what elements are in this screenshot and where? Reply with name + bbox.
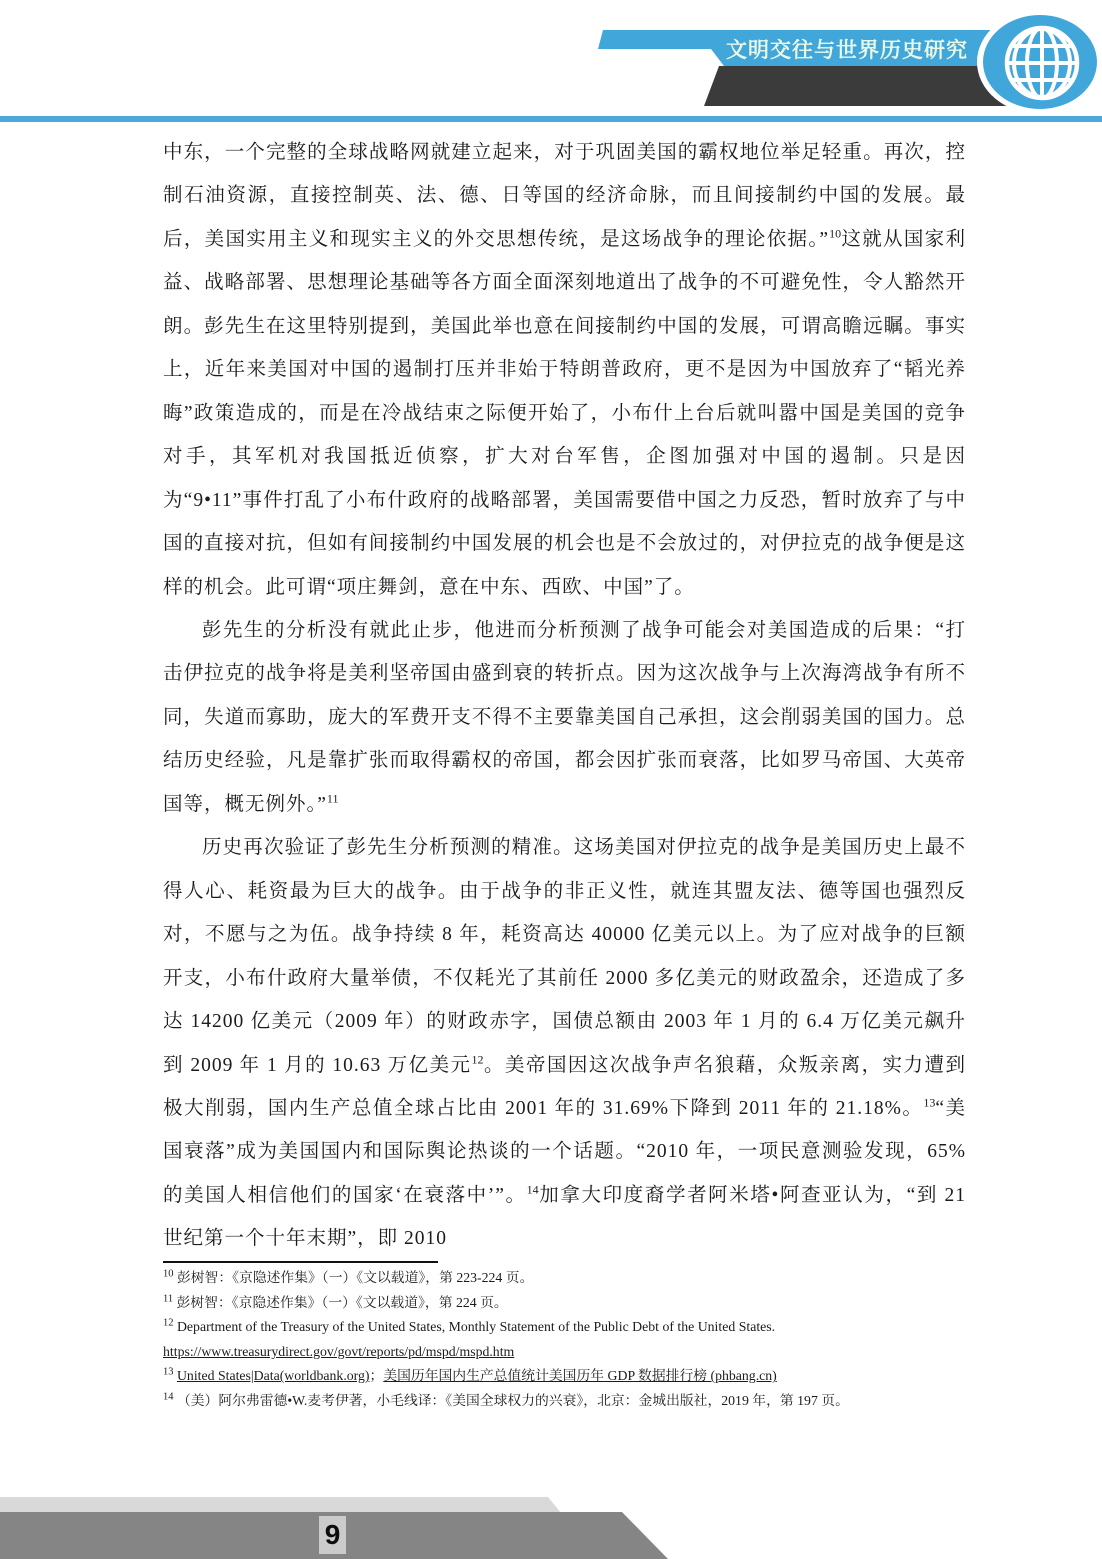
footnote-marker: 13 (163, 1367, 174, 1378)
footnote-link[interactable]: United States|Data(worldbank.org) (177, 1368, 370, 1383)
text-run: 彭树智：《京隐述作集》（一）《文以载道》，第 223-224 页。 (177, 1270, 533, 1285)
text-run: Department of the Treasury of the United… (177, 1319, 775, 1334)
footnote-item: 10 彭树智：《京隐述作集》（一）《文以载道》，第 223-224 页。 (163, 1266, 975, 1291)
header-title: 文明交往与世界历史研究 (560, 38, 968, 64)
footnote-link[interactable]: 美国历年国内生产总值统计美国历年 GDP 数据排行榜 (phbang.cn) (383, 1368, 776, 1383)
footer-light-band (0, 1497, 562, 1514)
header-rule (0, 116, 1102, 122)
footnote-ref: 13 (923, 1095, 935, 1109)
footnote-item: 14 （美）阿尔弗雷德•W.麦考伊著，小毛线译：《美国全球权力的兴衰》，北京：金… (163, 1389, 975, 1414)
footnote-marker: 14 (163, 1391, 174, 1402)
footnote-separator (163, 1261, 438, 1263)
text-run: ； (370, 1368, 384, 1383)
footnote-marker: 10 (163, 1268, 174, 1279)
header-banner (0, 0, 1102, 130)
footnote-ref: 12 (472, 1052, 484, 1066)
footnote-item: 11 彭树智：《京隐述作集》（一）《文以载道》，第 224 页。 (163, 1291, 975, 1316)
body-text: 中东，一个完整的全球战略网就建立起来，对于巩固美国的霸权地位举足轻重。再次，控制… (163, 131, 966, 1261)
text-run: 这就从国家利益、战略部署、思想理论基础等各方面全面深刻地道出了战争的不可避免性，… (163, 229, 966, 598)
footnote-ref: 10 (829, 226, 841, 240)
paragraph: 彭先生的分析没有就此止步，他进而分析预测了战争可能会对美国造成的后果：“打击伊拉… (163, 609, 966, 826)
text-run: （美）阿尔弗雷德•W.麦考伊著，小毛线译：《美国全球权力的兴衰》，北京：金城出版… (177, 1393, 849, 1408)
page-footer (0, 1497, 1102, 1559)
globe-icon (977, 10, 1102, 114)
text-run: 彭先生的分析没有就此止步，他进而分析预测了战争可能会对美国造成的后果：“打击伊拉… (163, 620, 966, 815)
page-number-chip: 9 (319, 1516, 346, 1554)
footnote-marker: 11 (163, 1293, 173, 1304)
page-number: 9 (325, 1521, 341, 1549)
text-run: 彭树智：《京隐述作集》（一）《文以载道》，第 224 页。 (177, 1295, 508, 1310)
paragraph: 中东，一个完整的全球战略网就建立起来，对于巩固美国的霸权地位举足轻重。再次，控制… (163, 131, 966, 609)
paragraph: 历史再次验证了彭先生分析预测的精准。这场美国对伊拉克的战争是美国历史上最不得人心… (163, 826, 966, 1261)
footnote-item: 12 Department of the Treasury of the Uni… (163, 1315, 975, 1364)
footnote-ref: 11 (327, 791, 339, 805)
footnote-ref: 14 (527, 1182, 539, 1196)
footnote-marker: 12 (163, 1318, 174, 1329)
footnote-item: 13 United States|Data(worldbank.org)；美国历… (163, 1364, 975, 1389)
footnote-link[interactable]: https://www.treasurydirect.gov/govt/repo… (163, 1344, 514, 1359)
dark-band (704, 66, 1012, 106)
text-run: 历史再次验证了彭先生分析预测的精准。这场美国对伊拉克的战争是美国历史上最不得人心… (163, 837, 966, 1075)
document-page: 文明交往与世界历史研究 中东，一个完整的全球战略网就建立起来，对于巩固美国的霸权… (0, 0, 1102, 1559)
footnotes: 10 彭树智：《京隐述作集》（一）《文以载道》，第 223-224 页。11 彭… (163, 1266, 975, 1414)
